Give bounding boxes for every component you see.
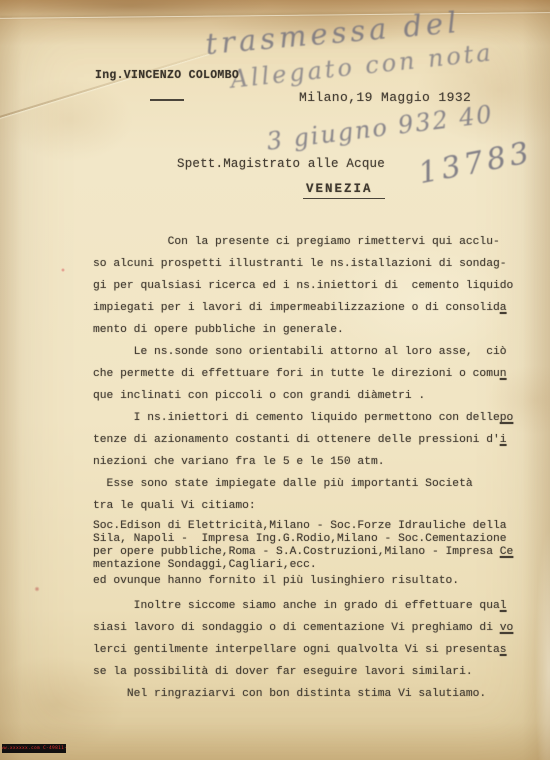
letter-line: I ns.iniettori di cemento liquido permet… [93, 407, 529, 429]
letter-line: siasi lavoro di sondaggio o di cementazi… [93, 617, 529, 639]
letter-paragraph: Le ns.sonde sono orientabili attorno al … [93, 341, 529, 407]
letter-line: ed ovunque hanno fornito il più lusinghi… [93, 574, 529, 589]
letter-line: Esse sono state impiegate dalle più impo… [93, 473, 529, 495]
letter-line: mentazione Sondaggi,Cagliari,ecc. [93, 559, 529, 572]
letter-line: so alcuni prospetti illustranti le ns.is… [93, 253, 529, 275]
letter-line: tra le quali Vi citiamo: [93, 495, 529, 517]
letter-paragraph: Con la presente ci pregiamo rimettervi q… [93, 231, 529, 341]
letter-line: Le ns.sonde sono orientabili attorno al … [93, 341, 529, 363]
recipient-line: Spett.Magistrato alle Acque [177, 157, 385, 171]
letter-line: niezioni che variano fra le 5 e le 150 a… [93, 451, 529, 473]
letter-line: Inoltre siccome siamo anche in grado di … [93, 595, 529, 617]
document-page: trasmessa del Allegato con nota 3 giugno… [0, 0, 550, 760]
letter-line: lerci gentilmente interpellare ogni qual… [93, 639, 529, 661]
letter-line: per opere pubbliche,Roma - S.A.Costruzio… [93, 546, 529, 559]
letter-line: gi per qualsiasi ricerca ed i ns.inietto… [93, 275, 529, 297]
letter-line: Sila, Napoli - Impresa Ing.G.Rodio,Milan… [93, 533, 529, 546]
sender-name: Ing.VINCENZO COLOMBO [95, 69, 239, 82]
handwritten-note-top: trasmessa del [204, 5, 462, 61]
letter-paragraph: I ns.iniettori di cemento liquido permet… [93, 407, 529, 473]
paper-crease-top [0, 12, 550, 19]
letter-line: Soc.Edison di Elettricità,Milano - Soc.F… [93, 520, 529, 533]
letter-line: mento di opere pubbliche in generale. [93, 319, 529, 341]
sender-underline-dash [150, 99, 184, 101]
place-date: Milano,19 Maggio 1932 [299, 90, 471, 105]
handwritten-date-note: 3 giugno 932 40 [265, 100, 495, 156]
letter-body: Con la presente ci pregiamo rimettervi q… [93, 231, 529, 705]
letter-paragraph: Inoltre siccome siamo anche in grado di … [93, 595, 529, 705]
watermark-text: www.xxxxxx.com C-49811-B [2, 746, 66, 751]
letter-paragraph: Esse sono state impiegate dalle più impo… [93, 473, 529, 517]
letter-line: impiegati per i lavori di impermeabilizz… [93, 297, 529, 319]
letter-line: se la possibilità di dover far eseguire … [93, 661, 529, 683]
letter-paragraph: ed ovunque hanno fornito il più lusinghi… [93, 574, 529, 589]
letter-line: que inclinati con piccoli o con grandi d… [93, 385, 529, 407]
letter-line: tenze di azionamento costanti di ottener… [93, 429, 529, 451]
handwritten-note-attachment: Allegato con nota [229, 38, 495, 93]
letter-paragraph: Soc.Edison di Elettricità,Milano - Soc.F… [93, 520, 529, 572]
watermark-strip: www.xxxxxx.com C-49811-B [2, 744, 66, 753]
recipient-city: VENEZIA [303, 182, 385, 199]
letter-line: Con la presente ci pregiamo rimettervi q… [93, 231, 529, 253]
handwritten-protocol-number: 13783 [416, 135, 536, 191]
letter-line: Nel ringraziarvi con bon distinta stima … [93, 683, 529, 705]
letter-line: che permette di effettuare fori in tutte… [93, 363, 529, 385]
paper-crease-diagonal [0, 52, 210, 123]
